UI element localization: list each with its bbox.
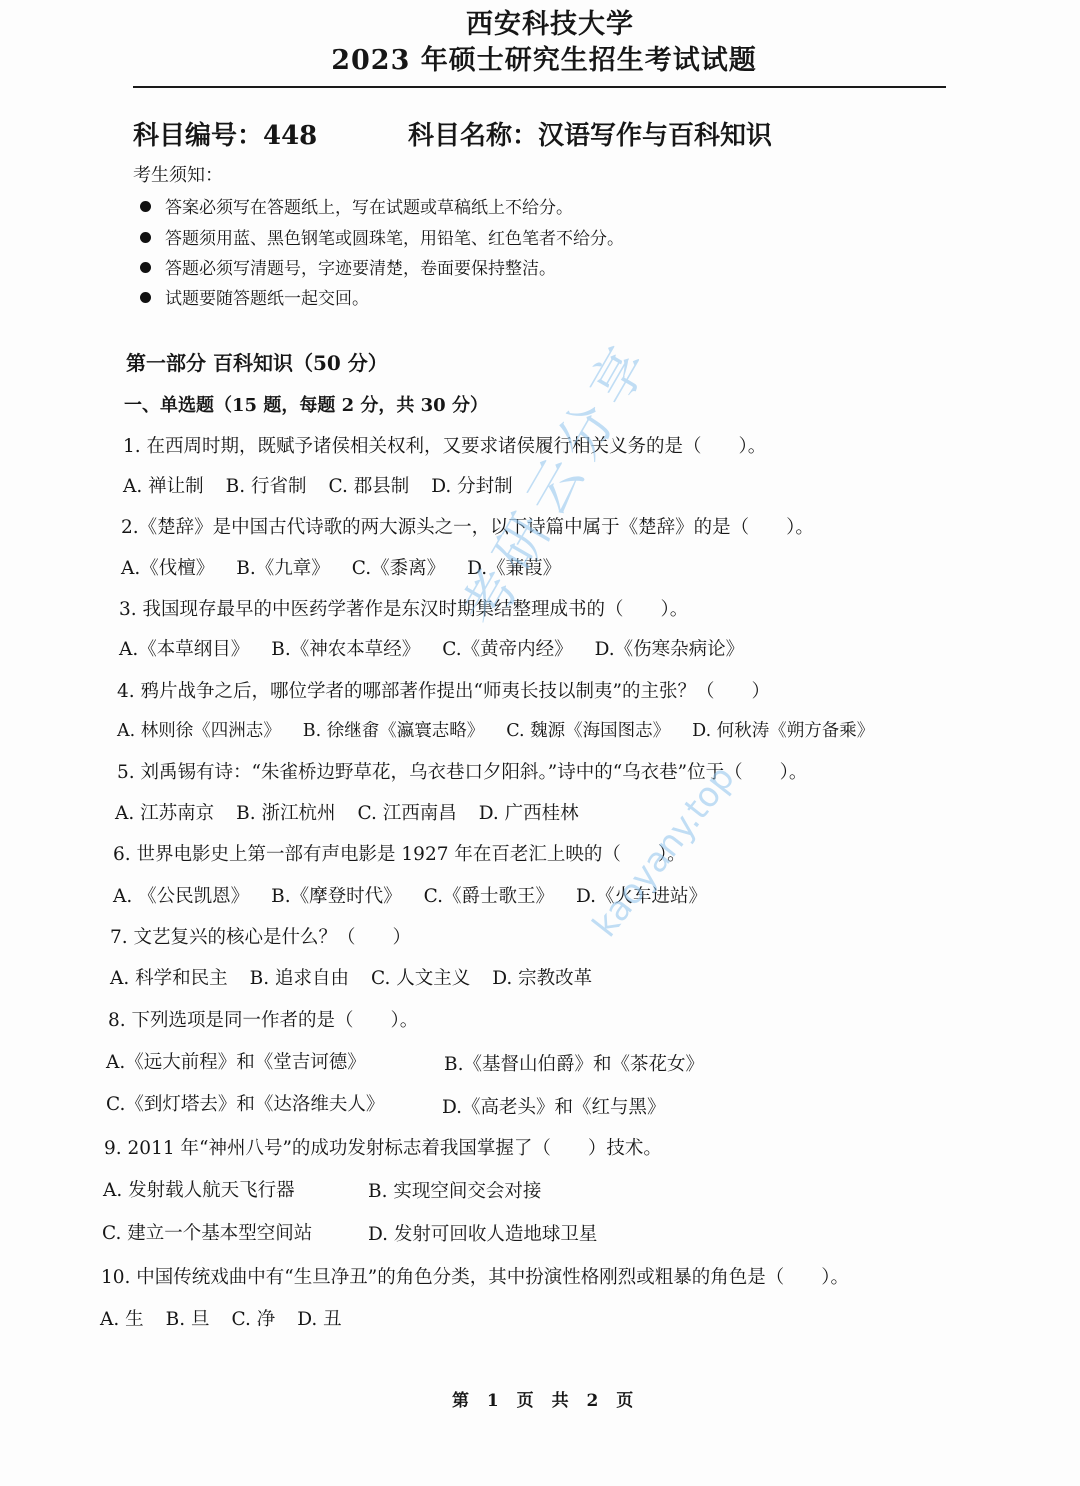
option-d: D. 广西桂林 xyxy=(479,803,579,824)
option-d: D.《伤寒杂病论》 xyxy=(595,639,745,660)
question-7-stem: 7. 文艺复兴的核心是什么？（ ） xyxy=(110,923,411,949)
exam-title: 2023 年硕士研究生招生考试试题 xyxy=(0,38,1080,77)
page-indicator: 第 1 页 共 2 页 xyxy=(452,1386,639,1411)
question-8-option-b: B.《基督山伯爵》和《茶花女》 xyxy=(444,1050,704,1076)
notice-item: 答题必须写清题号，字迹要清楚，卷面要保持整洁。 xyxy=(140,254,556,279)
question-3-stem: 3. 我国现存最早的中医药学著作是东汉时期集结整理成书的（ ）。 xyxy=(119,595,688,621)
notice-item: 答案必须写在答题纸上，写在试题或草稿纸上不给分。 xyxy=(140,193,573,218)
option-c: C. 郡县制 xyxy=(328,476,409,497)
bullet-icon xyxy=(140,201,151,212)
bullet-icon xyxy=(140,232,151,243)
question-9-option-d: D. 发射可回收人造地球卫星 xyxy=(368,1220,597,1246)
option-d: D. 何秋涛《朔方备乘》 xyxy=(692,721,874,741)
notice-item: 试题要随答题纸一起交回。 xyxy=(140,284,369,309)
question-1-options: A. 禅让制B. 行省制C. 郡县制D. 分封制 xyxy=(123,472,535,498)
option-b: B.《九章》 xyxy=(236,558,329,579)
bullet-icon xyxy=(140,292,151,303)
question-5-stem: 5. 刘禹锡有诗：“朱雀桥边野草花，乌衣巷口夕阳斜。”诗中的“乌衣巷”位于（ ）… xyxy=(117,758,807,784)
option-a: A. 禅让制 xyxy=(123,476,204,497)
option-b: B.《神农本草经》 xyxy=(271,639,420,660)
option-c: C.《黍离》 xyxy=(352,558,445,579)
notice-title: 考生须知： xyxy=(133,161,223,187)
question-6-stem: 6. 世界电影史上第一部有声电影是 1927 年在百老汇上映的（ ）。 xyxy=(113,840,686,866)
question-8-option-a: A.《远大前程》和《堂吉诃德》 xyxy=(106,1048,366,1074)
question-10-options: A. 生B. 旦C. 净D. 丑 xyxy=(100,1305,364,1331)
question-8-option-c: C.《到灯塔去》和《达洛维夫人》 xyxy=(106,1090,384,1116)
bullet-icon xyxy=(140,262,151,273)
part-title: 第一部分 百科知识（50 分） xyxy=(126,347,388,376)
option-c: C. 人文主义 xyxy=(371,968,470,989)
option-a: A.《伐檀》 xyxy=(121,558,214,579)
question-6-options: A. 《公民凯恩》B.《摩登时代》C.《爵士歌王》D.《火车进站》 xyxy=(113,882,729,908)
question-1-stem: 1. 在西周时期，既赋予诸侯相关权利，又要求诸侯履行相关义务的是（ ）。 xyxy=(123,432,766,458)
option-c: C. 净 xyxy=(231,1309,275,1330)
option-a: A. 《公民凯恩》 xyxy=(113,886,249,907)
question-5-options: A. 江苏南京B. 浙江杭州C. 江西南昌D. 广西桂林 xyxy=(115,799,601,825)
question-9-option-c: C. 建立一个基本型空间站 xyxy=(102,1219,312,1245)
option-c: C. 魏源《海国图志》 xyxy=(506,721,670,741)
subject-name: 科目名称：汉语写作与百科知识 xyxy=(408,115,772,152)
option-d: D.《蒹葭》 xyxy=(467,558,561,579)
option-c: C. 江西南昌 xyxy=(357,803,456,824)
question-8-option-d: D.《高老头》和《红与黑》 xyxy=(442,1093,666,1119)
option-d: D.《火车进站》 xyxy=(576,886,707,907)
option-b: B. 行省制 xyxy=(226,476,307,497)
option-a: A. 江苏南京 xyxy=(115,803,214,824)
question-2-options: A.《伐檀》B.《九章》C.《黍离》D.《蒹葭》 xyxy=(121,554,583,580)
header-divider xyxy=(133,86,946,88)
question-9-option-b: B. 实现空间交会对接 xyxy=(368,1177,541,1203)
notice-item: 答题须用蓝、黑色钢笔或圆珠笔，用铅笔、红色笔者不给分。 xyxy=(140,224,624,249)
option-a: A. 科学和民主 xyxy=(110,968,228,989)
question-7-options: A. 科学和民主B. 追求自由C. 人文主义D. 宗教改革 xyxy=(110,964,614,990)
option-d: D. 宗教改革 xyxy=(492,968,592,989)
section-title: 一、单选题（15 题，每题 2 分，共 30 分） xyxy=(124,391,488,417)
question-4-options: A. 林则徐《四洲志》B. 徐继畬《瀛寰志略》C. 魏源《海国图志》D. 何秋涛… xyxy=(117,717,896,742)
option-a: A. 林则徐《四洲志》 xyxy=(117,721,281,741)
university-name: 西安科技大学 xyxy=(0,2,1080,41)
subject-code: 科目编号：448 xyxy=(133,115,317,152)
option-a: A.《本草纲目》 xyxy=(119,639,249,660)
option-b: B. 旦 xyxy=(166,1309,210,1330)
question-2-stem: 2.《楚辞》是中国古代诗歌的两大源头之一，以下诗篇中属于《楚辞》的是（ ）。 xyxy=(121,513,814,539)
option-d: D. 分封制 xyxy=(431,476,512,497)
option-c: C.《黄帝内经》 xyxy=(442,639,572,660)
question-4-stem: 4. 鸦片战争之后，哪位学者的哪部著作提出“师夷长技以制夷”的主张？（ ） xyxy=(117,677,770,703)
option-b: B. 徐继畬《瀛寰志略》 xyxy=(303,721,485,741)
option-d: D. 丑 xyxy=(297,1309,341,1330)
question-10-stem: 10. 中国传统戏曲中有“生旦净丑”的角色分类，其中扮演性格刚烈或粗暴的角色是（… xyxy=(101,1263,849,1289)
option-c: C.《爵士歌王》 xyxy=(424,886,554,907)
question-9-stem: 9. 2011 年“神州八号”的成功发射标志着我国掌握了（ ）技术。 xyxy=(104,1134,662,1160)
option-a: A. 生 xyxy=(100,1309,144,1330)
question-8-stem: 8. 下列选项是同一作者的是（ ）。 xyxy=(108,1006,418,1032)
question-9-option-a: A. 发射载人航天飞行器 xyxy=(103,1176,295,1202)
option-b: B. 浙江杭州 xyxy=(236,803,335,824)
option-b: B. 追求自由 xyxy=(250,968,349,989)
option-b: B.《摩登时代》 xyxy=(271,886,401,907)
question-3-options: A.《本草纲目》B.《神农本草经》C.《黄帝内经》D.《伤寒杂病论》 xyxy=(119,635,766,661)
